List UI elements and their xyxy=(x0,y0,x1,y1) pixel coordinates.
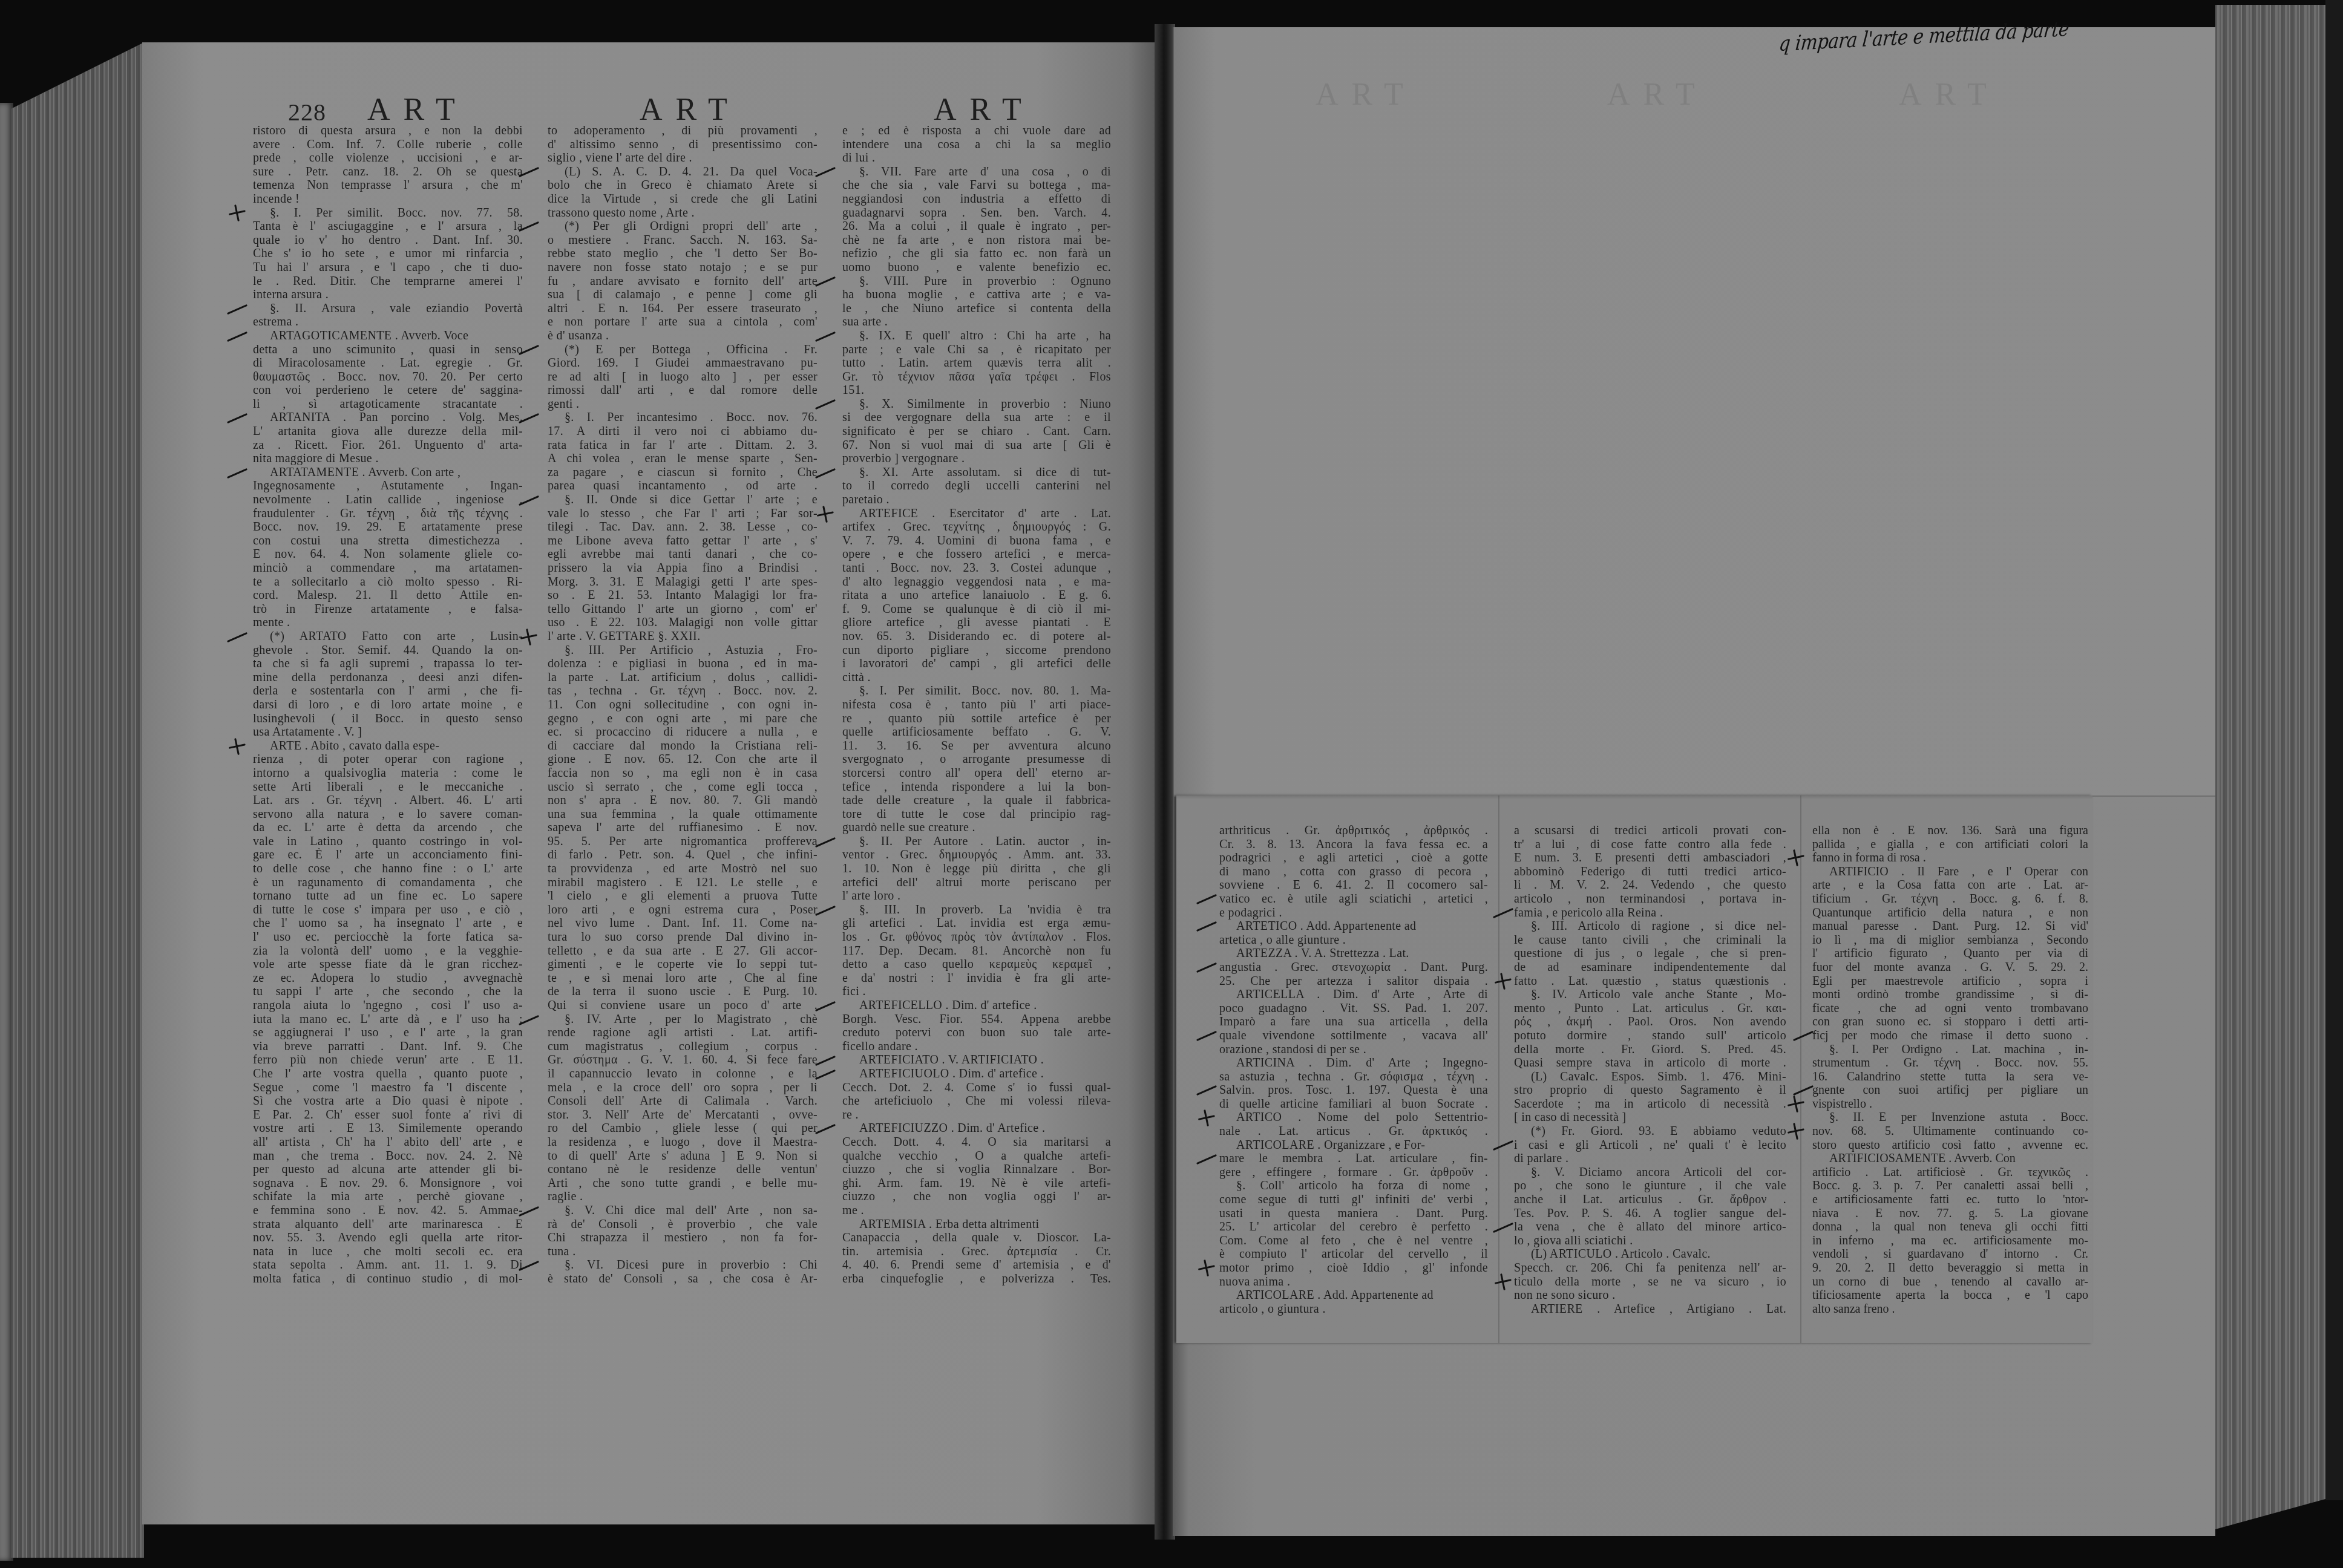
text-line: arte , e la Cosa fatta con arte . Lat. a… xyxy=(1812,878,2088,892)
text-line: ficello andare . xyxy=(842,1040,1111,1054)
text-line: di parlare . xyxy=(1514,1152,1786,1166)
text-line: de la terra il suono uscìe . E Purg. 10. xyxy=(548,985,818,999)
text-line: di farlo . Petr. son. 4. Quel , che infi… xyxy=(548,848,818,862)
text-line: vole arte spesse fiate dà le gran ricche… xyxy=(253,958,523,972)
text-line: tilegi . Tac. Dav. ann. 2. 38. Lesse , c… xyxy=(548,520,818,534)
text-column-1: ristoro di questa arsura , e non la debb… xyxy=(253,124,523,1285)
text-line: los . Gr. φθόνος πρὸς τὸν ἀντίπαλον . Fl… xyxy=(842,930,1111,944)
text-line: ritata a uno artefice lanaiuolo . E g. 6… xyxy=(842,589,1111,603)
text-line: ρός , ἀκμή . Paol. Oros. Non avendo xyxy=(1514,1015,1786,1029)
text-line: (L) S. A. C. D. 4. 21. Da quel Voca- xyxy=(548,165,818,179)
text-line: uscio sì serrato , che , come egli tocca… xyxy=(548,780,818,794)
text-line: detta a uno scimunito , quasi in senso xyxy=(253,343,523,357)
left-page: 228 ART ART ART ristoro di questa arsura… xyxy=(142,42,1159,1524)
text-line: sette Arti liberali , e le meccaniche . xyxy=(253,780,523,794)
text-line: gere , effingere , formare . Gr. ἀρθροῦν… xyxy=(1219,1166,1488,1180)
text-line: ARTICOLARE . Organizzare , e For- xyxy=(1219,1138,1488,1152)
text-line: ella non è . E nov. 136. Sarà una figura xyxy=(1812,824,2088,838)
text-line: schifate la mia arte , perchè giovane , xyxy=(253,1190,523,1204)
text-line: della morte . Fr. Giord. S. Pred. 45. xyxy=(1514,1043,1786,1057)
text-line: opere , e che fossero artefici , e merca… xyxy=(842,547,1111,561)
text-line: ta provvidenza , ed arte Mostrò nel suo xyxy=(548,862,818,876)
text-line: intorno a qualsivoglia materia : come le xyxy=(253,766,523,780)
text-line: la residenza , e luogo , dove il Maestra… xyxy=(548,1135,818,1149)
text-line: 4. 40. 6. Prendi seme d' artemisia , e d… xyxy=(842,1258,1111,1272)
text-line: 25. L' articolar del cerebro è perfetto … xyxy=(1219,1220,1488,1234)
text-line: intendere una cosa a chi la sa meglio xyxy=(842,138,1111,152)
text-line: io lì , ma di miglior sembianza , Second… xyxy=(1812,933,2088,947)
text-line: tr' a lui , di cose fatte contro alla fe… xyxy=(1514,838,1786,852)
text-line: i casi e gli Articoli , ne' quali t' è l… xyxy=(1514,1138,1786,1152)
text-line: ARTIFICIO . Il Fare , e l' Operar con xyxy=(1812,865,2088,879)
text-line: mine della perdonanza , deesi anzi difen… xyxy=(253,671,523,685)
text-line: mento , Punto . Lat. articulus . Gr. και… xyxy=(1514,1002,1786,1016)
text-line: tificiosamente aperta la bocca , e 'l ca… xyxy=(1812,1289,2088,1302)
text-line: §. II. Arsura , vale eziandio Povertà xyxy=(253,302,523,316)
text-line: chè ne fa arte , e non ristora mai be- xyxy=(842,234,1111,247)
text-column-3: e ; ed è risposta a chi vuole dare adint… xyxy=(842,124,1111,1285)
text-line: è stato de' Consoli , sa , che cosa è Ar… xyxy=(548,1272,818,1286)
text-line: guardò nelle sue creature . xyxy=(842,821,1111,835)
text-line: E num. 3. E presenti detti ambasciadori … xyxy=(1514,851,1786,865)
text-line: §. I. Per similit. Bocc. nov. 80. 1. Ma- xyxy=(842,684,1111,698)
pen-cross-mark-icon xyxy=(227,203,247,223)
text-line: man , che trema . Bocc. nov. 24. 2. Nè xyxy=(253,1149,523,1163)
text-line: Sacerdote ; ma in articolo di necessità … xyxy=(1514,1097,1786,1111)
text-line: ARTIFICIOSAMENTE . Avverb. Con xyxy=(1812,1152,2088,1166)
text-line: cun diporto pigliare , siccome prendono xyxy=(842,644,1111,658)
text-line: 151. xyxy=(842,384,1111,397)
text-line: vale lo stesso , che Far l' arti ; Far s… xyxy=(548,507,818,521)
text-line: Imparò a fare una sua articella , della xyxy=(1219,1015,1488,1029)
text-line: pallida , e gialla , e con artificiati c… xyxy=(1812,838,2088,852)
text-line: in inferno , ma ec. artificiosamente mo- xyxy=(1812,1234,2088,1248)
text-line: significato è per se chiaro . Cant. Carn… xyxy=(842,425,1111,439)
text-line: sognava . E nov. 29. 6. Monsignore , voi xyxy=(253,1177,523,1191)
text-line: §. VI. Dicesi pure in proverbio : Chi xyxy=(548,1258,818,1272)
text-line: ventor . Grec. δημιουργός . Amm. ant. 33… xyxy=(842,848,1111,862)
text-line: te , e sì menai loro arte , Che al fine xyxy=(548,972,818,985)
text-line: nov. 68. 5. Ultimamente continuando co- xyxy=(1812,1125,2088,1138)
text-line: angustia . Grec. στενοχωρία . Dant. Purg… xyxy=(1219,961,1488,975)
text-line: Lat. ars . Gr. τέχνη . Albert. 46. L' ar… xyxy=(253,794,523,808)
text-line: le , che Niuno artefice si contenta dell… xyxy=(842,302,1111,316)
text-line: che che sia , vale Farvi su bottega , ma… xyxy=(842,178,1111,192)
showthrough-head-2: ART xyxy=(1607,77,1708,113)
pen-cross-mark-icon xyxy=(227,736,247,756)
text-line: E nov. 64. 4. Non solamente gliele co- xyxy=(253,547,523,561)
text-line: V. 7. 79. 4. Uomini di buona fama , e xyxy=(842,534,1111,548)
text-line: gare ec. È l' arte un acconciamento fini… xyxy=(253,848,523,862)
text-line: me Libone aveva fatto gettar l' arte , s… xyxy=(548,534,818,548)
text-line: 1. 10. Non è legge più diritta , che gli xyxy=(842,862,1111,876)
text-line: re , quanto più sottile artefice è per xyxy=(842,712,1111,726)
text-line: fuor del monte avanza . G. V. 5. 29. 2. xyxy=(1812,961,2088,975)
text-line: mirabil magistero . E 121. Le stelle , e xyxy=(548,876,818,890)
text-line: tas , techna . Gr. τέχνη . Bocc. nov. 2. xyxy=(548,684,818,698)
text-line: sure . Petr. canz. 18. 2. Oh se questa xyxy=(253,165,523,179)
text-line: gli artefici . Lat. invidia est erga æmu… xyxy=(842,916,1111,930)
text-line: rà de' Consoli , è proverbio , che vale xyxy=(548,1218,818,1232)
text-line: quale io v' ho dentro . Dant. Inf. 30. xyxy=(253,234,523,247)
text-line: cord. Malesp. 21. Il detto Attile en- xyxy=(253,589,523,603)
text-line: ARTICELLA . Dim. d' Arte , Arte di xyxy=(1219,988,1488,1002)
text-line: lo , giova alli sciatichi . xyxy=(1514,1234,1786,1248)
text-line: fraudulenter . Gr. τέχνῃ , διὰ τῆς τέχνη… xyxy=(253,507,523,521)
text-line: ARTEFICE . Esercitator d' arte . Lat. xyxy=(842,507,1111,521)
text-line: mente . xyxy=(253,616,523,630)
text-line: (*) ARTATO Fatto con arte , Lusin- xyxy=(253,630,523,644)
text-line: trassono questo nome , Arte . xyxy=(548,206,818,220)
text-line: a scusarsi di tredici articoli provati c… xyxy=(1514,824,1786,838)
text-line: §. XI. Arte assolutam. si dice di tut- xyxy=(842,466,1111,480)
text-line: i lavoratori de' campi , gli artefici de… xyxy=(842,657,1111,671)
text-line: contano nè le residenze delle ventun' xyxy=(548,1163,818,1177)
text-line: usa Artatamente . V. ] xyxy=(253,725,523,739)
text-line: ciuzzo , che non voglia oggi l' ar- xyxy=(842,1190,1111,1204)
pen-cross-mark-icon xyxy=(1786,848,1806,867)
text-line: rimossi dall' arti , e dal romore delle xyxy=(548,384,818,397)
text-line: minciò a commendare , ma artatamen- xyxy=(253,561,523,575)
text-line: §. I. Per Ordigno . Lat. machina , in- xyxy=(1812,1043,2088,1057)
text-line: Borgh. Vesc. Fior. 554. Appena arebbe xyxy=(842,1013,1111,1027)
text-line: ARTEFICIUOLO . Dim. d' artefice . xyxy=(842,1067,1111,1081)
text-line: li , sì artagoticamente stracantate . xyxy=(253,397,523,411)
text-line: Tanta è l' asciugaggine , e l' arsura , … xyxy=(253,220,523,234)
text-line: Gr. σύστημα . G. V. 1. 60. 4. Si fece fa… xyxy=(548,1053,818,1067)
text-line: strumentum . Gr. τέχνη . Bocc. nov. 55. xyxy=(1812,1056,2088,1070)
text-line: ha buona moglie , e cattiva arte ; e va- xyxy=(842,288,1111,302)
text-line: ARTE . Abito , cavato dalla espe- xyxy=(253,739,523,753)
text-line: 17. A dirti il vero noi ci abbiamo du- xyxy=(548,425,818,439)
text-line: §. II. Per Autore . Latin. auctor , in- xyxy=(842,835,1111,849)
text-line: sovviene . E 6. 41. 2. Il cocomero sal- xyxy=(1219,878,1488,892)
text-line: (*) Per gli Ordigni propri dell' arte , xyxy=(548,220,818,234)
text-line: e artificiosamente fatti ec. tutto lo 'n… xyxy=(1812,1193,2088,1207)
text-line: nov. 55. 3. Avendo egli quella arte rito… xyxy=(253,1231,523,1245)
pen-cross-mark-icon xyxy=(519,627,539,647)
text-line: Che s' io ho sete , e umor mi rinfarcia … xyxy=(253,247,523,261)
text-line: creduto potervi con buon suo tale arte- xyxy=(842,1026,1111,1040)
text-line: Tes. Pov. P. S. 46. A toglier sangue del… xyxy=(1514,1207,1786,1221)
text-line: cum magistratus , collegium , corpus . xyxy=(548,1040,818,1054)
text-line: alto sanza freno . xyxy=(1812,1302,2088,1316)
text-line: Gr. τὸ τέχνιον πᾶσα γαῖα τρέφει . Flos xyxy=(842,370,1111,384)
text-line: nel vivo lume . Dant. Inf. 11. Come na- xyxy=(548,916,818,930)
pen-cross-mark-icon xyxy=(1786,1121,1806,1141)
text-line: so . E 21. 53. Intanto Malagigi lor fra- xyxy=(548,589,818,603)
text-line: servono alla natura , e lo savere coman- xyxy=(253,808,523,822)
text-line: (L) Cavalc. Espos. Simb. 1. 476. Mini- xyxy=(1514,1070,1786,1084)
text-line: nevolmente . Latin callide , ingeniose , xyxy=(253,493,523,507)
text-line: §. VIII. Pure in proverbio : Ognuno xyxy=(842,275,1111,289)
text-line: donna , la qual non teneva gli occhi fit… xyxy=(1812,1220,2088,1234)
text-line: e non portare l' arte sua a cintola , co… xyxy=(548,315,818,329)
text-line: bolo che in Greco è chiamato Arete si xyxy=(548,178,818,192)
text-line: loro arti , e ogni estrema cura , Poser xyxy=(548,903,818,917)
text-line: parea quasi incantamento , od arte . xyxy=(548,479,818,493)
text-line: tornano tutte ad un fine ec. Lo sapere xyxy=(253,889,523,903)
text-line: motor primo , cioè Iddio , gl' infonde xyxy=(1219,1261,1488,1275)
text-line: ARTETICO . Add. Appartenente ad xyxy=(1219,920,1488,933)
text-line: via breve parratti . Dant. Inf. 9. Che xyxy=(253,1040,523,1054)
text-line: tore di tutte le cose dal principio rag- xyxy=(842,808,1111,822)
running-head-col-2: ART xyxy=(640,92,741,128)
text-line: arthriticus . Gr. ἀρθριτικός , ἀρθρικός … xyxy=(1219,824,1488,838)
text-line: l' artificio figurato , Quanto per via d… xyxy=(1812,947,2088,961)
text-line: rende ragione agli artisti . Lat. artifi… xyxy=(548,1026,818,1040)
text-line: §. VII. Fare arte d' una cosa , o di xyxy=(842,165,1111,179)
text-line: Cecch. Dot. 2. 4. Come s' io fussi qual- xyxy=(842,1081,1111,1095)
text-line: qualche vecchio , O a qualche artefi- xyxy=(842,1149,1111,1163)
text-line: §. III. Per Artificio , Astuzia , Fro- xyxy=(548,644,818,658)
text-line: vale in Latino , quanto costringo in vol… xyxy=(253,835,523,849)
text-line: orazione , standosi di per se . xyxy=(1219,1043,1488,1057)
text-line: Canapaccia , della quale v. Dioscor. La- xyxy=(842,1231,1111,1245)
text-line: l' arte . V. GETTARE §. XXII. xyxy=(548,630,818,644)
text-line: 95. 5. Per arte nigromantica proffereva xyxy=(548,835,818,849)
text-line: (L) ARTICULO . Articolo . Cavalc. xyxy=(1514,1247,1786,1261)
text-line: lusinghevoli ( il Bocc. in questo senso xyxy=(253,712,523,726)
text-line: svergognato , o arrogante presumesse di xyxy=(842,753,1111,766)
text-line: anche il Lat. articulus . Gr. ἄρθρον . xyxy=(1514,1193,1786,1207)
text-line: gione . E nov. 65. 12. Con che arte il xyxy=(548,753,818,766)
text-line: Segue , come 'l maestro fa 'l discente , xyxy=(253,1081,523,1095)
text-line: E Par. 2. Ch' esser suol fonte a' rivi d… xyxy=(253,1108,523,1122)
text-line: incende ! xyxy=(253,192,523,206)
text-line: Sì che vostra arte a Dio quasi è nipote … xyxy=(253,1094,523,1108)
text-line: tanti . Bocc. nov. 23. 3. Costei adunque… xyxy=(842,561,1111,575)
text-line: ARTIERE . Artefice , Artigiano . Lat. xyxy=(1514,1302,1786,1316)
right-page: ART ART ART q impara l'arte e mettila da… xyxy=(1173,27,2215,1536)
text-line: f. 9. Come se qualunque è di ciò il mi- xyxy=(842,603,1111,616)
text-line: darsi di loro , e di loro artate moine ,… xyxy=(253,698,523,712)
text-line: sua [ di calamajo , e penne ] come gli xyxy=(548,288,818,302)
text-line: §. X. Similmente in proverbio : Niuno xyxy=(842,397,1111,411)
text-line: §. I. Per similit. Bocc. nov. 77. 58. xyxy=(253,206,523,220)
page-edges-left xyxy=(11,42,144,1558)
text-line: ghi. Arm. fam. 19. Nè è vile artefi- xyxy=(842,1177,1111,1191)
text-line: poco guadagno . Vit. SS. Pad. 1. 207. xyxy=(1219,1002,1488,1016)
text-line: §. IX. E quell' altro : Chi ha arte , ha xyxy=(842,329,1111,343)
text-line: po , che sono le giunture , il che vale xyxy=(1514,1179,1786,1193)
text-line: potuto dormire , stando sull' articolo xyxy=(1514,1029,1786,1043)
text-line: tutto . Latin. artem quævis terra alit . xyxy=(842,356,1111,370)
text-line: 16. Calandrino stette tutta la sera ve- xyxy=(1812,1070,2088,1084)
text-line: di Miracolosamente . Lat. egregie . Gr. xyxy=(253,356,523,370)
pen-cross-mark-icon xyxy=(815,504,835,524)
text-line: quale vivendone sottilmente , vacava all… xyxy=(1219,1029,1488,1043)
text-line: vendoli , si guardavano d' intorno . Cr. xyxy=(1812,1247,2088,1261)
text-line: A chi volea , eran le mense sparte , Sen… xyxy=(548,452,818,466)
text-line: siglio , viene l' arte del dire . xyxy=(548,151,818,165)
pen-cross-mark-icon xyxy=(1196,1258,1216,1278)
text-line: navere non fosse stato notajo ; e se pur xyxy=(548,261,818,275)
pen-cross-mark-icon xyxy=(1786,1094,1806,1114)
text-line: 25. Che per artezza i salitor dispaia . xyxy=(1219,975,1488,988)
text-line: con gran suono ec. si stopparo i detti a… xyxy=(1812,1015,2088,1029)
text-line: ARTICO . Nome del polo Settentrio- xyxy=(1219,1111,1488,1125)
text-line: nale . Lat. articus . Gr. ἀρκτικός . xyxy=(1219,1125,1488,1138)
text-line: interna arsura . xyxy=(253,288,523,302)
text-line: guadagnarvi sopra . Sen. ben. Varch. 4. xyxy=(842,206,1111,220)
text-line: ta che si fa agli supremi , trapassa lo … xyxy=(253,657,523,671)
text-line: ferro più non chiede verun' arte . E 11. xyxy=(253,1053,523,1067)
text-line: vispistrello . xyxy=(1812,1097,2088,1111)
text-line: za pagare , e ciascun sì fornito , Che xyxy=(548,466,818,480)
strip-divider xyxy=(1498,795,1499,1343)
text-line: ARTICOLARE . Add. Appartenente ad xyxy=(1219,1289,1488,1302)
text-line: Che l' arte vostra quella , quanto puote… xyxy=(253,1067,523,1081)
text-line: rangola aiuta lo 'ngegno , così l' uso a… xyxy=(253,999,523,1013)
text-line: ARTAGOTICAMENTE . Avverb. Voce xyxy=(253,329,523,343)
text-line: artificio . Lat. artificiosè . Gr. τεχνι… xyxy=(1812,1166,2088,1180)
text-line: la parte . Lat. artificium , dolus , cal… xyxy=(548,671,818,685)
text-line: 117. Dep. Decam. 81. Ancorchè non fu xyxy=(842,944,1111,958)
text-line: gegno , e con ogni arte , mi pare che xyxy=(548,712,818,726)
text-line: storcersi contro all' opera dell' eterno… xyxy=(842,766,1111,780)
text-line: te a sollecitarlo a ciò molto spesso . R… xyxy=(253,575,523,589)
text-line: ARTANITA . Pan porcino . Volg. Mes. xyxy=(253,411,523,425)
text-line: me . xyxy=(842,1204,1111,1218)
handwritten-note: q impara l'arte e mettila da parte xyxy=(1778,17,2070,56)
text-line: e podagrici . xyxy=(1219,906,1488,920)
pen-cross-mark-icon xyxy=(1493,971,1513,991)
text-line: genti . xyxy=(548,397,818,411)
text-line: θαυμαστῶς . Bocc. nov. 70. 20. Per certo xyxy=(253,370,523,384)
text-line: Ingegnosamente , Astutamente , Ingan- xyxy=(253,479,523,493)
text-line: rebbe stato meglio , che 'l detto Ser Bo… xyxy=(548,247,818,261)
text-line: §. V. Diciamo ancora Articoli del cor- xyxy=(1514,1166,1786,1180)
text-line: §. V. Chi dice mal dell' Arte , non sa- xyxy=(548,1204,818,1218)
text-line: (*) Fr. Giord. 93. E abbiamo veduto xyxy=(1514,1125,1786,1138)
text-line: di quelle articine familiari al buon Soc… xyxy=(1219,1097,1488,1111)
text-line: 26. Ma a colui , il quale è ingrato , pe… xyxy=(842,220,1111,234)
text-line: tello Gittando l' arte un giorno , com' … xyxy=(548,603,818,616)
text-line: si dee vergognare della sua arte : e il xyxy=(842,411,1111,425)
text-line: uomo buono , e valente benefizio ec. xyxy=(842,261,1111,275)
text-line: di tutte le cose s' impara per uso , e c… xyxy=(253,903,523,917)
text-line: di lui . xyxy=(842,151,1111,165)
text-line: Tu hai l' arsura , e 'l capo , che ti du… xyxy=(253,261,523,275)
text-line: niava . E nov. 77. g. 5. La giovane xyxy=(1812,1207,2088,1221)
running-head-col-3: ART xyxy=(934,92,1035,128)
text-line: di cacciare dal mondo la Cristiana reli- xyxy=(548,739,818,753)
text-line: fanno in forma di rosa . xyxy=(1812,851,2088,865)
text-line: con voi perderieno le cetere de' saggina… xyxy=(253,384,523,397)
text-column-2: to adoperamento , di più provamenti ,d' … xyxy=(548,124,818,1285)
text-line: usati in questa maniera . Dant. Purg. xyxy=(1219,1207,1488,1221)
text-line: §. III. In proverb. La 'nvidia è tra xyxy=(842,903,1111,917)
text-line: faccia non so , ma egli non è in casa xyxy=(548,766,818,780)
text-line: è un ragunamento di comandamenta , che xyxy=(253,876,523,890)
text-line: dice la Virtude , si crede che gli Latin… xyxy=(548,192,818,206)
text-line: gimenti , e le coperte vie Io seppi tut- xyxy=(548,958,818,972)
text-line: questione di jus , o legale , che si pre… xyxy=(1514,947,1786,961)
book-gutter xyxy=(1155,24,1175,1540)
pen-cross-mark-icon xyxy=(1493,1272,1513,1292)
text-line: o mestiere . Franc. Sacch. N. 163. Sa- xyxy=(548,234,818,247)
text-line: mela , e la croce dell' oro sopra , per … xyxy=(548,1081,818,1095)
text-line: stor. 3. Nell' Arte de' Mercatanti , ovv… xyxy=(548,1108,818,1122)
text-line: se aggiugnerai l' uso , e l' arte , la g… xyxy=(253,1026,523,1040)
text-line: sapeva l' arte del ruffianesimo . E nov. xyxy=(548,821,818,835)
text-line: erba cinquefoglie , e polverizza . Tes. xyxy=(842,1272,1111,1286)
text-line: telletto , e da sua arte . E 27. Gli acc… xyxy=(548,944,818,958)
text-line: con costui una stretta dimestichezza . xyxy=(253,534,523,548)
pasted-column-3: ella non è . E nov. 136. Sarà una figura… xyxy=(1812,824,2088,1316)
text-line: egli avrebbe mai tanti danari , che co- xyxy=(548,547,818,561)
text-line: ficate , che ad ogni vento trombavano xyxy=(1812,1002,2088,1016)
text-line: ARTEFICELLO . Dim. d' artefice . xyxy=(842,999,1111,1013)
text-line: Cr. 3. 8. 13. Ancora la fava fessa ec. a xyxy=(1219,838,1488,852)
text-line: proverbio ] vergognare . xyxy=(842,452,1111,466)
text-line: nifesta cosa è , tanto più l' arti piace… xyxy=(842,698,1111,712)
text-line: ghevole . Stor. Semif. 44. Quando la on- xyxy=(253,644,523,658)
text-line: zia la volontà dell' uomo , e la vegghie… xyxy=(253,944,523,958)
text-line: stro proprio di questo Sagramento è il xyxy=(1514,1083,1786,1097)
text-line: 11. 3. 16. Se per avventura alcuno xyxy=(842,739,1111,753)
text-line: nuova anima . xyxy=(1219,1275,1488,1289)
text-line: estrema . xyxy=(253,315,523,329)
text-line: ciuzzo , che si voglia Rinnalzare . Bor- xyxy=(842,1163,1111,1177)
text-line: città . xyxy=(842,671,1111,685)
page-edges-right xyxy=(2215,5,2325,1529)
text-line: Qui si conviene usare un poco d' arte . xyxy=(548,999,818,1013)
text-line: nata in luce , che molti secoli ec. era xyxy=(253,1245,523,1259)
text-line: ro del Cambio , gliele lesse ( qui per xyxy=(548,1122,818,1135)
text-line: temenza Non temprasse l' arsura , che m' xyxy=(253,178,523,192)
text-line: all' artista , Ch' ha l' abito dell' art… xyxy=(253,1135,523,1149)
showthrough-head-3: ART xyxy=(1899,77,2000,113)
text-line: 67. Non si vuol mai di sua arte [ Gli è xyxy=(842,439,1111,452)
blank-pasted-sheet: ART ART ART q impara l'arte e mettila da… xyxy=(1174,27,2215,797)
text-line: ARTATAMENTE . Avverb. Con arte , xyxy=(253,466,523,480)
text-line: mare le membra . Lat. articulare , fin- xyxy=(1219,1152,1488,1166)
text-line: derla e sostentarla con l' armi , che fi… xyxy=(253,684,523,698)
text-line: §. II. Onde si dice Gettar l' arte ; e xyxy=(548,493,818,507)
text-line: manual paresse . Dant. Purg. 12. Si vid' xyxy=(1812,920,2088,933)
text-line: §. IV. Arte , per lo Magistrato , chè xyxy=(548,1013,818,1027)
text-line: uso . E 22. 103. Malagigi non volle gitt… xyxy=(548,616,818,630)
text-line: Com. Come al feto , che è nel ventre , xyxy=(1219,1234,1488,1248)
text-line: §. III. Articolo di ragione , si dice ne… xyxy=(1514,920,1786,933)
text-line: podragrici , e agli artetici , cioè a go… xyxy=(1219,851,1488,865)
text-line: non s' apra . E nov. 80. 7. Gli mandò xyxy=(548,794,818,808)
text-line: Specch. cr. 206. Chi fa penitenza nell' … xyxy=(1514,1261,1786,1275)
text-line: e femmina sono . E nov. 42. 5. Ammae- xyxy=(253,1204,523,1218)
text-line: d' altissimo senno , di presentissimo co… xyxy=(548,138,818,152)
text-line: e da' nostri : l' invidia è fra gli arte… xyxy=(842,972,1111,985)
text-line: artetica , o alle giunture . xyxy=(1219,933,1488,947)
text-line: e ; ed è risposta a chi vuole dare ad xyxy=(842,124,1111,138)
text-line: come segue di tutti gl' infiniti de' ver… xyxy=(1219,1193,1488,1207)
text-line: un corno di bue , tenendo al cavallo ar- xyxy=(1812,1275,2088,1289)
text-line: detto a caso quello κεραμεὺς κεραμεῖ , xyxy=(842,958,1111,972)
text-line: quelle artificiosamente beffato . G. V. xyxy=(842,725,1111,739)
text-line: una sua femmina , la quale ottimamente xyxy=(548,808,818,822)
text-line: Chi strapazza il mestiero , non fa for- xyxy=(548,1231,818,1245)
text-line: Arti , che sono tutte grandi , e belle m… xyxy=(548,1177,818,1191)
text-line: prissero la via Appia fino a Brindisi . xyxy=(548,561,818,575)
text-line: Bocc. nov. 19. 29. E artatamente prese xyxy=(253,520,523,534)
text-line: re ad alti [ in luogo alto ] , per esser xyxy=(548,370,818,384)
text-line: altri . E n. 164. Per essere traseurato … xyxy=(548,302,818,316)
text-line: li . M. V. 2. 24. Vedendo , che questo xyxy=(1514,878,1786,892)
text-line: ARTICINA . Dim. d' Arte ; Ingegno- xyxy=(1219,1056,1488,1070)
text-line: non ne sono sicuro . xyxy=(1514,1289,1786,1302)
text-line: tade delle creature , la quale il fabbri… xyxy=(842,794,1111,808)
